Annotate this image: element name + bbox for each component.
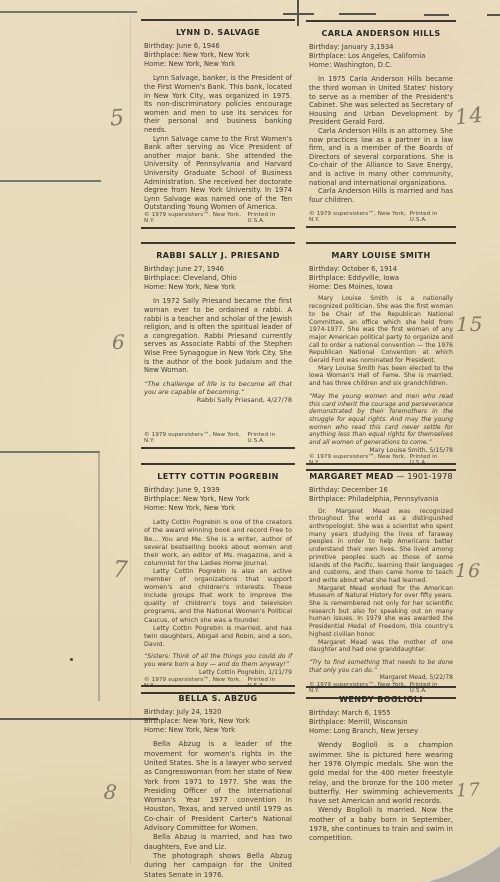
handwritten-number: 5 xyxy=(109,106,126,132)
meta-home: Home: Des Moines, Iowa xyxy=(309,283,453,292)
card-top-rule xyxy=(141,685,295,687)
quote-text: “Try to find something that needs to be … xyxy=(309,659,453,674)
card-bottom-rule xyxy=(306,226,456,228)
crop-mark-cross xyxy=(283,13,314,15)
scanned-card-sheet-page: { "colors":{"paper":"#e8dabb","ink":"#40… xyxy=(0,0,500,882)
card-top-rule xyxy=(141,242,295,244)
paragraph: Dr. Margaret Mead was recognized through… xyxy=(309,508,453,585)
meta-birthplace: Birthplace: Philadelphia, Pennsylvania xyxy=(309,495,453,504)
quote-attribution: Margaret Mead, 5/22/78 xyxy=(374,674,453,682)
card-title: BELLA S. ABZUG xyxy=(144,694,292,703)
card-wendy-boglioli: WENDY BOGLIOLI Birthday: March 6, 1955 B… xyxy=(299,686,463,866)
margin-rule-top xyxy=(0,11,137,13)
card-title: LETTY COTTIN POGREBIN xyxy=(144,472,292,481)
printed-text: Printed in U.S.A. xyxy=(410,211,453,223)
meta-birthday: Birthday: December 16 xyxy=(309,486,453,495)
card-top-rule xyxy=(141,19,295,21)
crop-mark-dash-3 xyxy=(487,14,500,16)
card-body: Mary Louise Smith is a nationally recogn… xyxy=(309,295,453,387)
sheet-edge-crease xyxy=(130,14,131,864)
meta-birthplace: Birthplace: Cleveland, Ohio xyxy=(144,274,292,283)
card-title-name: MARGARET MEAD xyxy=(309,472,393,481)
printed-text: Printed in U.S.A. xyxy=(248,432,292,444)
card-body: Letty Cottin Pogrebin is one of the crea… xyxy=(144,518,292,648)
card-quote: “The challenge of life is to become all … xyxy=(144,380,292,405)
card-copyright-row: © 1979 supersisters™, New York, N.Y. Pri… xyxy=(144,432,292,444)
copyright-text: © 1979 supersisters™, New York, N.Y. xyxy=(144,432,248,444)
crop-mark-dash-2 xyxy=(424,14,449,16)
card-meta: Birthday: January 3,1934 Birthplace: Los… xyxy=(309,43,453,69)
meta-home: Home: Long Branch, New Jersey xyxy=(309,727,453,736)
meta-birthday: Birthday: October 6, 1914 xyxy=(309,265,453,274)
paragraph: Mary Louise Smith has been elected to th… xyxy=(309,365,453,388)
paragraph: Carla Anderson Hills is an attorney. She… xyxy=(309,127,453,187)
quote-text: “May the young women and men who read th… xyxy=(309,393,453,446)
card-body: Bella Abzug is a leader of the movement … xyxy=(144,740,292,879)
paragraph: Margaret Mead was the mother of one daug… xyxy=(309,639,453,654)
card-body: Dr. Margaret Mead was recognized through… xyxy=(309,508,453,654)
card-bella-abzug: BELLA S. ABZUG Birthday: July 24, 1920 B… xyxy=(134,685,302,870)
card-letty-cottin-pogrebin: LETTY COTTIN POGREBIN Birthday: June 9, … xyxy=(134,463,302,670)
margin-rule-2 xyxy=(0,180,101,182)
meta-home: Home: Washington, D.C. xyxy=(309,61,453,70)
paragraph: Wendy Boglioli is a champion swimmer. Sh… xyxy=(309,741,453,806)
card-title: RABBI SALLY J. PRIESAND xyxy=(144,251,292,260)
paragraph: Bella Abzug is married, and has two daug… xyxy=(144,833,292,852)
card-meta: Birthday: March 6, 1955 Birthplace: Merr… xyxy=(309,709,453,735)
card-meta: Birthday: June 9, 1939 Birthplace: New Y… xyxy=(144,486,292,512)
card-margaret-mead: MARGARET MEAD — 1901-1978 Birthday: Dece… xyxy=(299,463,463,670)
quote-text: “The challenge of life is to become all … xyxy=(144,380,292,396)
meta-home: Home: New York, New York xyxy=(144,283,292,292)
crop-mark-dash-1 xyxy=(339,13,376,15)
card-mary-louise-smith: MARY LOUISE SMITH Birthday: October 6, 1… xyxy=(299,242,463,449)
card-title: MARGARET MEAD — 1901-1978 xyxy=(309,472,453,481)
paragraph: Letty Cottin Pogrebin is one of the crea… xyxy=(144,518,292,567)
meta-birthplace: Birthplace: Merrill, Wisconsin xyxy=(309,718,453,727)
meta-birthday: Birthday: June 6, 1946 xyxy=(144,42,292,51)
ink-speck xyxy=(70,658,73,661)
meta-birthplace: Birthplace: New York, New York xyxy=(144,51,292,60)
meta-home: Home: New York, New York xyxy=(144,504,292,513)
meta-birthday: Birthday: June 9, 1939 xyxy=(144,486,292,495)
meta-home: Home: New York, New York xyxy=(144,60,292,69)
margin-rule-vertical xyxy=(98,451,100,701)
paragraph: Lynn Salvage, banker, is the President o… xyxy=(144,74,292,134)
printed-text: Printed in U.S.A. xyxy=(248,212,292,224)
card-meta: Birthday: December 16 Birthplace: Philad… xyxy=(309,486,453,504)
card-quote: “Try to find something that needs to be … xyxy=(309,659,453,682)
card-title: WENDY BOGLIOLI xyxy=(309,695,453,704)
paragraph: Bella Abzug is a leader of the movement … xyxy=(144,740,292,833)
meta-birthday: Birthday: June 27, 1946 xyxy=(144,265,292,274)
card-title: MARY LOUISE SMITH xyxy=(309,251,453,260)
card-top-rule xyxy=(306,686,456,688)
paragraph: The photograph shows Bella Abzug during … xyxy=(144,852,292,880)
card-bottom-rule xyxy=(141,447,295,449)
handwritten-number: 6 xyxy=(112,330,126,354)
card-top-rule xyxy=(141,463,295,465)
paragraph: Margaret Mead worked for the American Mu… xyxy=(309,585,453,639)
card-sally-priesand: RABBI SALLY J. PRIESAND Birthday: June 2… xyxy=(134,242,302,449)
card-title: LYNN D. SALVAGE xyxy=(144,28,292,37)
handwritten-number: 7 xyxy=(112,557,129,584)
card-body: In 1975 Carla Anderson Hills became the … xyxy=(309,75,453,204)
meta-birthplace: Birthplace: Eddyville, Iowa xyxy=(309,274,453,283)
paragraph: In 1975 Carla Anderson Hills became the … xyxy=(309,75,453,127)
quote-text: “Sisters: Think of all the things you co… xyxy=(144,653,292,668)
card-body: In 1972 Sally Priesand became the first … xyxy=(144,297,292,374)
card-meta: Birthday: October 6, 1914 Birthplace: Ed… xyxy=(309,265,453,291)
card-top-rule xyxy=(306,242,456,244)
card-top-rule xyxy=(306,463,456,465)
card-lynn-salvage: LYNN D. SALVAGE Birthday: June 6, 1946 B… xyxy=(134,19,302,227)
meta-birthplace: Birthplace: New York, New York xyxy=(144,495,292,504)
meta-birthplace: Birthplace: New York, New York xyxy=(144,717,292,726)
paragraph: Lynn Salvage came to the First Women's B… xyxy=(144,135,292,212)
paragraph: In 1972 Sally Priesand became the first … xyxy=(144,297,292,374)
card-copyright-row: © 1979 supersisters™, New York, N.Y. Pri… xyxy=(144,212,292,224)
meta-home: Home: New York, New York xyxy=(144,726,292,735)
paragraph: Mary Louise Smith is a nationally recogn… xyxy=(309,295,453,364)
card-top-rule xyxy=(306,20,456,22)
handwritten-number: 8 xyxy=(103,779,119,804)
card-copyright-row: © 1979 supersisters™, New York, N.Y. Pri… xyxy=(309,211,453,223)
paragraph: Carla Anderson Hills is married and has … xyxy=(309,187,453,204)
paragraph: Wendy Boglioli is married. Now the mothe… xyxy=(309,806,453,843)
quote-attribution: Rabbi Sally Priesand, 4/27/78 xyxy=(191,396,292,404)
card-meta: Birthday: July 24, 1920 Birthplace: New … xyxy=(144,708,292,734)
paragraph: Letty Cottin Pogrebin is also an active … xyxy=(144,567,292,624)
meta-birthplace: Birthplace: Los Angeles, California xyxy=(309,52,453,61)
meta-birthday: Birthday: March 6, 1955 xyxy=(309,709,453,718)
paragraph: Letty Cottin Pogrebin is married, and ha… xyxy=(144,624,292,648)
card-quote: “Sisters: Think of all the things you co… xyxy=(144,653,292,677)
spacer xyxy=(309,204,453,211)
card-meta: Birthday: June 27, 1946 Birthplace: Clev… xyxy=(144,265,292,291)
card-title: CARLA ANDERSON HILLS xyxy=(309,29,453,38)
quote-attribution: Letty Cottin Pogrebin, 1/11/79 xyxy=(193,669,292,677)
card-meta: Birthday: June 6, 1946 Birthplace: New Y… xyxy=(144,42,292,68)
spacer xyxy=(144,405,292,432)
card-title-dates: — 1901-1978 xyxy=(394,472,453,481)
meta-birthday: Birthday: July 24, 1920 xyxy=(144,708,292,717)
card-bottom-rule xyxy=(141,227,295,229)
card-quote: “May the young women and men who read th… xyxy=(309,393,453,455)
meta-birthday: Birthday: January 3,1934 xyxy=(309,43,453,52)
card-body: Wendy Boglioli is a champion swimmer. Sh… xyxy=(309,741,453,843)
copyright-text: © 1979 supersisters™, New York, N.Y. xyxy=(144,212,248,224)
card-body: Lynn Salvage, banker, is the President o… xyxy=(144,74,292,212)
card-carla-anderson-hills: CARLA ANDERSON HILLS Birthday: January 3… xyxy=(299,20,463,228)
margin-rule-3 xyxy=(0,451,100,453)
copyright-text: © 1979 supersisters™, New York, N.Y. xyxy=(309,211,410,223)
